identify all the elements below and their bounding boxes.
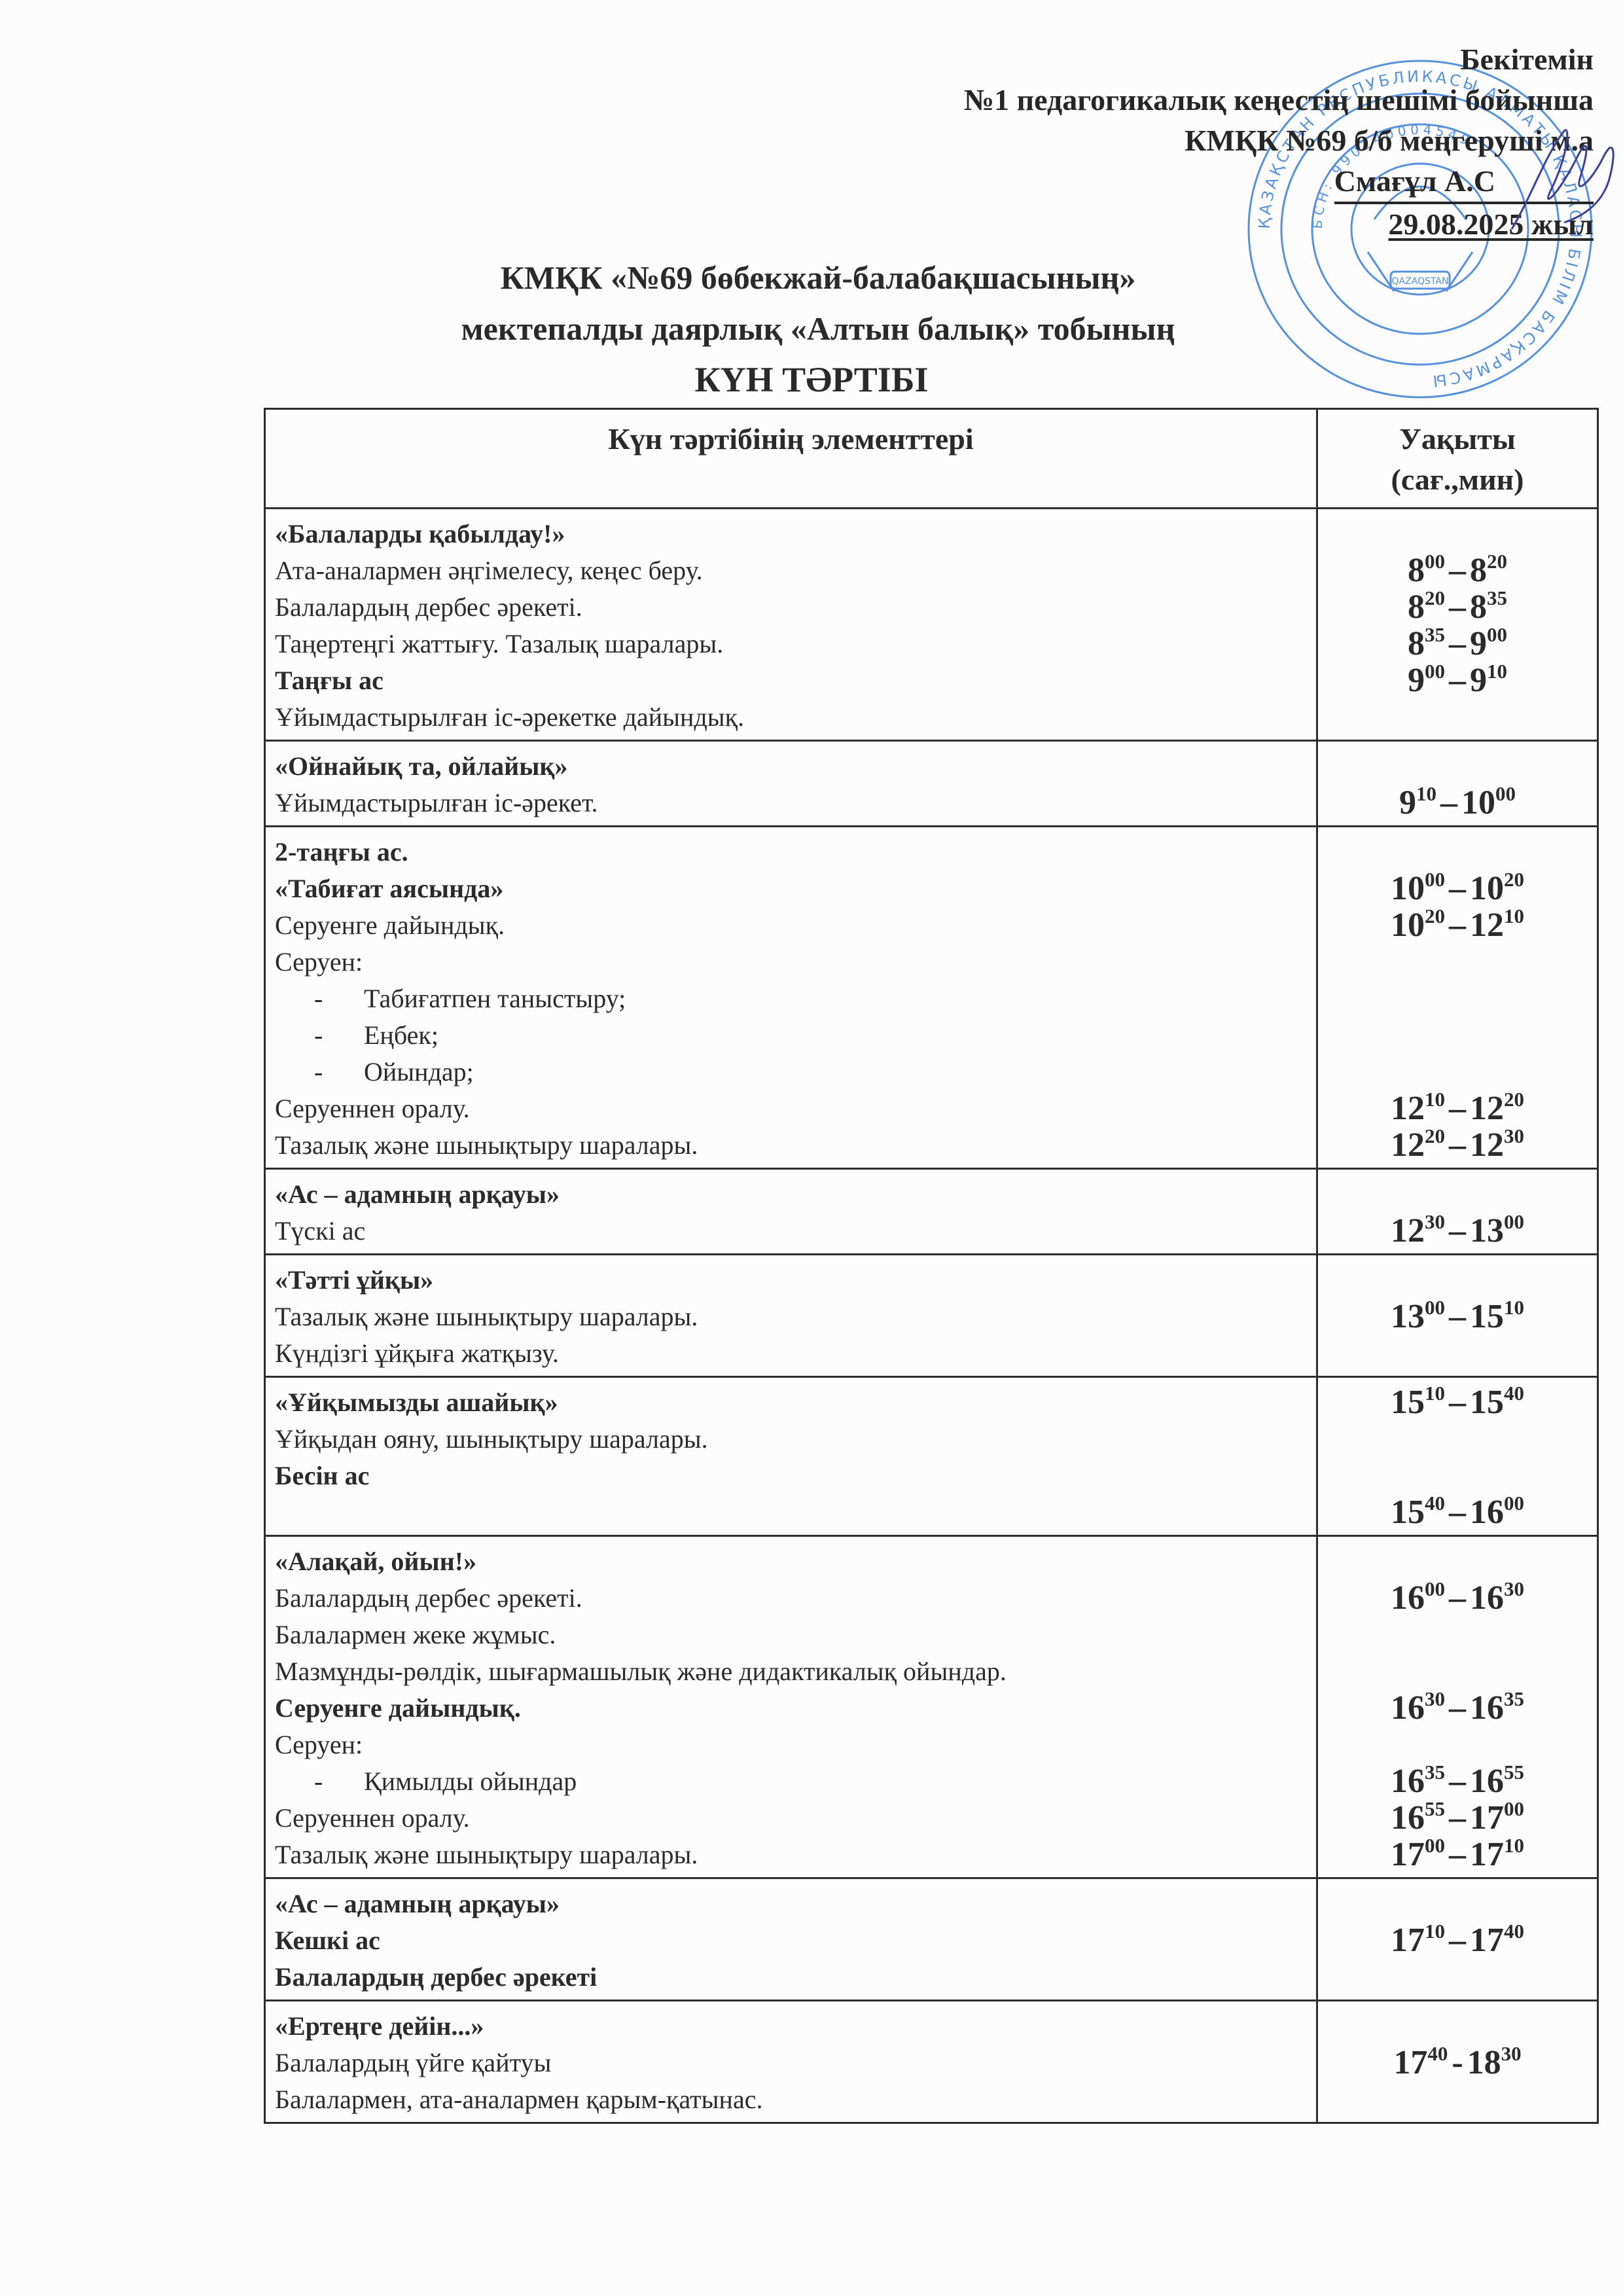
time-from-minute: 10 (1416, 782, 1436, 805)
title-institution: КМҚК «№69 бөбекжай-балабақшасының» (0, 252, 1623, 303)
routine-item: Балалардың дербес әрекеті. (275, 589, 1307, 626)
time-from-minute: 55 (1425, 1797, 1445, 1820)
time-to-hour: 10 (1461, 784, 1495, 821)
time-separator: – (1445, 870, 1470, 907)
time-to-minute: 40 (1504, 1382, 1524, 1405)
routine-item: Тазалық және шынықтыру шаралары. (275, 1299, 1307, 1335)
time-separator: – (1445, 1298, 1470, 1335)
time-separator: – (1445, 1799, 1470, 1837)
routine-item: Серуенге дайындық. (275, 1690, 1307, 1727)
time-separator: – (1445, 1579, 1470, 1617)
time-range: 1600–1630 (1318, 1580, 1597, 1617)
routine-item: Серуен: (275, 1727, 1307, 1763)
routine-item: Мазмұнды-рөлдік, шығармашылық және дидак… (275, 1653, 1307, 1690)
time-separator: – (1445, 1126, 1470, 1164)
time-from-minute: 20 (1425, 586, 1445, 609)
time-cell: .1300–1510 (1317, 1255, 1597, 1377)
time-range: 820–835 (1318, 589, 1597, 626)
time-separator: – (1445, 662, 1470, 699)
header-time-unit: (сағ.,мин) (1318, 459, 1597, 500)
time-range: 1540–1600 (1318, 1494, 1597, 1531)
routine-item: Кешкі ас (275, 1922, 1307, 1959)
routine-item: Балалармен жеке жұмыс. (275, 1617, 1307, 1653)
routine-sub-item: -Қимылды ойындар (275, 1763, 1307, 1800)
routine-item: Тазалық және шынықтыру шаралары. (275, 1127, 1307, 1164)
time-range: 1220–1230 (1318, 1127, 1597, 1164)
time-separator: – (1445, 1763, 1470, 1800)
time-from-hour: 8 (1408, 625, 1425, 662)
time-from-hour: 17 (1391, 1922, 1425, 1959)
document-title: КМҚК «№69 бөбекжай-балабақшасының» мекте… (0, 252, 1623, 405)
time-to-hour: 17 (1470, 1922, 1504, 1959)
time-to-minute: 20 (1487, 550, 1507, 573)
time-separator: – (1445, 625, 1470, 662)
routine-item: Серуен: (275, 944, 1307, 980)
time-from-minute: 10 (1425, 1088, 1445, 1111)
time-range: 1000–1020 (1318, 870, 1597, 907)
routine-item: Балалардың дербес әрекеті. (275, 1580, 1307, 1617)
time-from-minute: 30 (1425, 1687, 1445, 1710)
time-range: 1300–1510 (1318, 1299, 1597, 1335)
time-to-minute: 35 (1487, 586, 1507, 609)
time-to-minute: 20 (1504, 868, 1524, 891)
time-to-hour: 9 (1470, 625, 1487, 662)
time-from-minute: 35 (1425, 1761, 1445, 1784)
routine-elements-cell: «Балаларды қабылдау!»Ата-аналармен әңгім… (265, 509, 1317, 741)
time-from-hour: 12 (1391, 1126, 1425, 1164)
time-from-minute: 20 (1425, 905, 1445, 927)
time-from-hour: 8 (1408, 552, 1425, 589)
time-to-hour: 16 (1470, 1579, 1504, 1617)
time-separator: – (1445, 1836, 1470, 1873)
time-range: 1630–1635 (1318, 1690, 1597, 1727)
routine-item: Серуенге дайындық. (275, 907, 1307, 944)
time-from-hour: 10 (1391, 906, 1425, 944)
time-to-hour: 15 (1470, 1298, 1504, 1335)
routine-sub-item-text: Қимылды ойындар (364, 1767, 577, 1796)
routine-item: Ұйымдастырылған іс-әрекетке дайындық. (275, 699, 1307, 736)
routine-elements-cell: «Алақай, ойын!»Балалардың дербес әрекеті… (265, 1536, 1317, 1878)
time-separator: – (1436, 784, 1461, 821)
routine-elements-cell: «Ас – адамның арқауы»Кешкі асБалалардың … (265, 1878, 1317, 2001)
time-to-minute: 00 (1487, 623, 1507, 646)
bullet-dash-icon: - (314, 1017, 364, 1054)
time-to-minute: 35 (1504, 1687, 1524, 1710)
time-cell: .800–820820–835835–900900–910 (1317, 509, 1597, 741)
routine-section-title: «Ойнайық та, ойлайық» (275, 748, 1307, 785)
time-from-hour: 12 (1391, 1212, 1425, 1249)
signature-icon (1505, 118, 1623, 249)
routine-item: Тазалық және шынықтыру шаралары. (275, 1837, 1307, 1873)
time-to-minute: 30 (1504, 1577, 1524, 1600)
time-from-minute: 10 (1425, 1382, 1445, 1405)
routine-item: Таңғы ас (275, 662, 1307, 699)
time-from-hour: 17 (1393, 2044, 1427, 2081)
time-to-minute: 00 (1504, 1797, 1524, 1820)
time-separator: – (1445, 552, 1470, 589)
table-row: «Ас – адамның арқауы»Кешкі асБалалардың … (265, 1878, 1598, 2001)
routine-section-title: «Ас – адамның арқауы» (275, 1176, 1307, 1213)
time-to-hour: 12 (1470, 1090, 1504, 1127)
bullet-dash-icon: - (314, 1054, 364, 1090)
time-cell: .1600–1630..1630–1635.1635–16551655–1700… (1317, 1536, 1597, 1878)
time-from-minute: 40 (1425, 1492, 1445, 1515)
routine-item: Балалармен, ата-аналармен қарым-қатынас. (275, 2081, 1307, 2118)
time-to-hour: 8 (1470, 552, 1487, 589)
time-from-hour: 13 (1391, 1298, 1425, 1335)
time-cell: .1710–1740 (1317, 1878, 1597, 2001)
time-to-minute: 30 (1501, 2042, 1522, 2065)
time-to-hour: 12 (1470, 906, 1504, 944)
time-to-minute: 00 (1504, 1492, 1524, 1515)
routine-item: Күндізгі ұйқыға жатқызу. (275, 1335, 1307, 1372)
time-to-hour: 16 (1470, 1494, 1504, 1531)
time-from-hour: 17 (1391, 1836, 1425, 1873)
bullet-dash-icon: - (314, 980, 364, 1017)
bullet-dash-icon: - (314, 1763, 364, 1800)
time-from-minute: 00 (1425, 1577, 1445, 1600)
time-range: 835–900 (1318, 626, 1597, 662)
time-from-hour: 15 (1391, 1494, 1425, 1531)
routine-section-title: «Балаларды қабылдау!» (275, 516, 1307, 552)
time-cell: .1230–1300 (1317, 1169, 1597, 1255)
header-time-label: Уақыты (1318, 419, 1597, 459)
daily-schedule-table: Күн тәртібінің элементтері Уақыты (сағ.,… (264, 408, 1599, 2124)
routine-section-title: «Алақай, ойын!» (275, 1543, 1307, 1580)
routine-sub-item-text: Табиғатпен таныстыру; (364, 984, 626, 1013)
routine-item: Ата-аналармен әңгімелесу, кеңес беру. (275, 552, 1307, 589)
time-separator: – (1445, 1384, 1470, 1421)
time-to-hour: 16 (1470, 1689, 1504, 1727)
time-to-minute: 00 (1504, 1210, 1524, 1233)
time-from-hour: 16 (1391, 1763, 1425, 1800)
time-to-minute: 10 (1487, 660, 1507, 683)
time-range: 1230–1300 (1318, 1213, 1597, 1249)
routine-sub-item-text: Еңбек; (364, 1020, 438, 1050)
time-from-hour: 15 (1391, 1384, 1425, 1421)
routine-elements-cell: «Тәтті ұйқы»Тазалық және шынықтыру шарал… (265, 1255, 1317, 1377)
approval-decision: №1 педагогикалық кеңестің шешімі бойынша (964, 80, 1594, 120)
routine-section-title: «Ұйқымызды ашайық» (275, 1384, 1307, 1421)
time-to-hour: 9 (1470, 662, 1487, 699)
time-range: 1740-1830 (1318, 2045, 1597, 2081)
time-to-hour: 15 (1470, 1384, 1504, 1421)
time-cell: 1510–1540..1540–1600 (1317, 1377, 1597, 1536)
time-from-hour: 9 (1399, 784, 1416, 821)
header-time: Уақыты (сағ.,мин) (1317, 409, 1597, 509)
time-from-minute: 00 (1425, 1296, 1445, 1319)
routine-item: Балалардың үйге қайтуы (275, 2045, 1307, 2081)
time-range: 1020–1210 (1318, 907, 1597, 944)
signatory-name: Смағұл А.С (1334, 164, 1495, 198)
time-range: 1635–1655 (1318, 1763, 1597, 1800)
time-from-hour: 16 (1391, 1579, 1425, 1617)
time-to-hour: 18 (1467, 2044, 1501, 2081)
routine-sub-item-text: Ойындар; (364, 1057, 474, 1086)
time-to-hour: 10 (1470, 870, 1504, 907)
time-from-hour: 8 (1408, 588, 1425, 626)
time-separator: – (1445, 1922, 1470, 1959)
time-cell: .1740-1830 (1317, 2001, 1597, 2123)
time-to-minute: 10 (1504, 905, 1524, 927)
time-to-minute: 55 (1504, 1761, 1524, 1784)
time-separator: – (1445, 1689, 1470, 1727)
routine-elements-cell: 2-таңғы ас.«Табиғат аясында»Серуенге дай… (265, 827, 1317, 1169)
time-to-hour: 8 (1470, 588, 1487, 626)
time-to-minute: 20 (1504, 1088, 1524, 1111)
table-row: «Ұйқымызды ашайық»Ұйқыдан ояну, шынықтыр… (265, 1377, 1598, 1536)
time-separator: – (1445, 1212, 1470, 1249)
header-elements: Күн тәртібінің элементтері (265, 409, 1317, 509)
time-from-minute: 20 (1425, 1124, 1445, 1147)
table-row: «Ойнайық та, ойлайық»Ұйымдастырылған іс-… (265, 741, 1598, 827)
time-to-minute: 30 (1504, 1124, 1524, 1147)
routine-elements-cell: «Ертеңге дейін...»Балалардың үйге қайтуы… (265, 2001, 1317, 2123)
routine-sub-item: -Еңбек; (275, 1017, 1307, 1054)
time-to-hour: 17 (1470, 1799, 1504, 1837)
time-from-minute: 00 (1425, 550, 1445, 573)
time-cell: .1000–10201020–1210....1210–12201220–123… (1317, 827, 1597, 1169)
routine-elements-cell: «Ойнайық та, ойлайық»Ұйымдастырылған іс-… (265, 741, 1317, 827)
time-from-hour: 10 (1391, 870, 1425, 907)
table-header-row: Күн тәртібінің элементтері Уақыты (сағ.,… (265, 409, 1598, 509)
time-from-hour: 16 (1391, 1799, 1425, 1837)
time-to-hour: 12 (1470, 1126, 1504, 1164)
time-separator: – (1445, 906, 1470, 944)
table-row: «Балаларды қабылдау!»Ата-аналармен әңгім… (265, 509, 1598, 741)
table-row: 2-таңғы ас.«Табиғат аясында»Серуенге дай… (265, 827, 1598, 1169)
time-separator: – (1445, 588, 1470, 626)
time-to-minute: 10 (1504, 1296, 1524, 1319)
routine-item: Бесін ас (275, 1458, 1307, 1494)
time-to-hour: 17 (1470, 1836, 1504, 1873)
time-range: 1210–1220 (1318, 1090, 1597, 1127)
approval-title: Бекітемін (964, 39, 1594, 80)
time-to-hour: 13 (1470, 1212, 1504, 1249)
time-from-hour: 16 (1391, 1689, 1425, 1727)
routine-item: «Табиғат аясында» (275, 870, 1307, 907)
time-range: 900–910 (1318, 662, 1597, 699)
time-separator: – (1445, 1494, 1470, 1531)
routine-section-title: 2-таңғы ас. (275, 834, 1307, 870)
time-from-hour: 12 (1391, 1090, 1425, 1127)
time-from-hour: 9 (1408, 662, 1425, 699)
time-to-minute: 10 (1504, 1834, 1524, 1857)
title-daily-routine: КҮН ТӘРТІБІ (0, 354, 1623, 405)
routine-sub-item: -Ойындар; (275, 1054, 1307, 1090)
routine-item: Серуеннен оралу. (275, 1090, 1307, 1127)
time-to-hour: 16 (1470, 1763, 1504, 1800)
time-from-minute: 35 (1425, 623, 1445, 646)
time-range: 1510–1540 (1318, 1384, 1597, 1421)
approval-position: КМҚК №69 б/б меңгеруші м.а (964, 120, 1594, 161)
time-to-minute: 00 (1495, 782, 1516, 805)
routine-section-title: «Тәтті ұйқы» (275, 1262, 1307, 1299)
routine-item: Таңертеңгі жаттығу. Тазалық шаралары. (275, 626, 1307, 662)
time-separator: – (1445, 1090, 1470, 1127)
time-from-minute: 00 (1425, 660, 1445, 683)
routine-elements-cell: «Ас – адамның арқауы»Түскі ас (265, 1169, 1317, 1255)
table-row: «Ас – адамның арқауы»Түскі ас.1230–1300 (265, 1169, 1598, 1255)
table-row: «Ертеңге дейін...»Балалардың үйге қайтуы… (265, 2001, 1598, 2123)
routine-sub-item: -Табиғатпен таныстыру; (275, 980, 1307, 1017)
approval-block: Бекітемін №1 педагогикалық кеңестің шеші… (964, 39, 1594, 245)
time-from-minute: 10 (1425, 1920, 1445, 1943)
title-group: мектепалды даярлық «Алтын балық» тобының (0, 303, 1623, 354)
routine-item: Ұйқыдан ояну, шынықтыру шаралары. (275, 1421, 1307, 1458)
routine-item: Балалардың дербес әрекеті (275, 1959, 1307, 1996)
time-range: 1700–1710 (1318, 1837, 1597, 1873)
time-from-minute: 40 (1427, 2042, 1448, 2065)
time-cell: .910–1000 (1317, 741, 1597, 827)
routine-elements-cell: «Ұйқымызды ашайық»Ұйқыдан ояну, шынықтыр… (265, 1377, 1317, 1536)
routine-item: Түскі ас (275, 1213, 1307, 1249)
time-range: 1655–1700 (1318, 1800, 1597, 1837)
routine-section-title: «Ас – адамның арқауы» (275, 1886, 1307, 1922)
routine-item: Ұйымдастырылған іс-әрекет. (275, 785, 1307, 821)
table-row: «Алақай, ойын!»Балалардың дербес әрекеті… (265, 1536, 1598, 1878)
time-from-minute: 00 (1425, 868, 1445, 891)
time-from-minute: 30 (1425, 1210, 1445, 1233)
time-range: 1710–1740 (1318, 1922, 1597, 1959)
routine-section-title: «Ертеңге дейін...» (275, 2008, 1307, 2045)
routine-item: Серуеннен оралу. (275, 1800, 1307, 1837)
table-row: «Тәтті ұйқы»Тазалық және шынықтыру шарал… (265, 1255, 1598, 1377)
time-range: 910–1000 (1318, 785, 1597, 821)
time-separator: - (1448, 2044, 1467, 2081)
time-to-minute: 40 (1504, 1920, 1524, 1943)
schedule-body: «Балаларды қабылдау!»Ата-аналармен әңгім… (265, 509, 1598, 2123)
time-range: 800–820 (1318, 552, 1597, 589)
time-from-minute: 00 (1425, 1834, 1445, 1857)
